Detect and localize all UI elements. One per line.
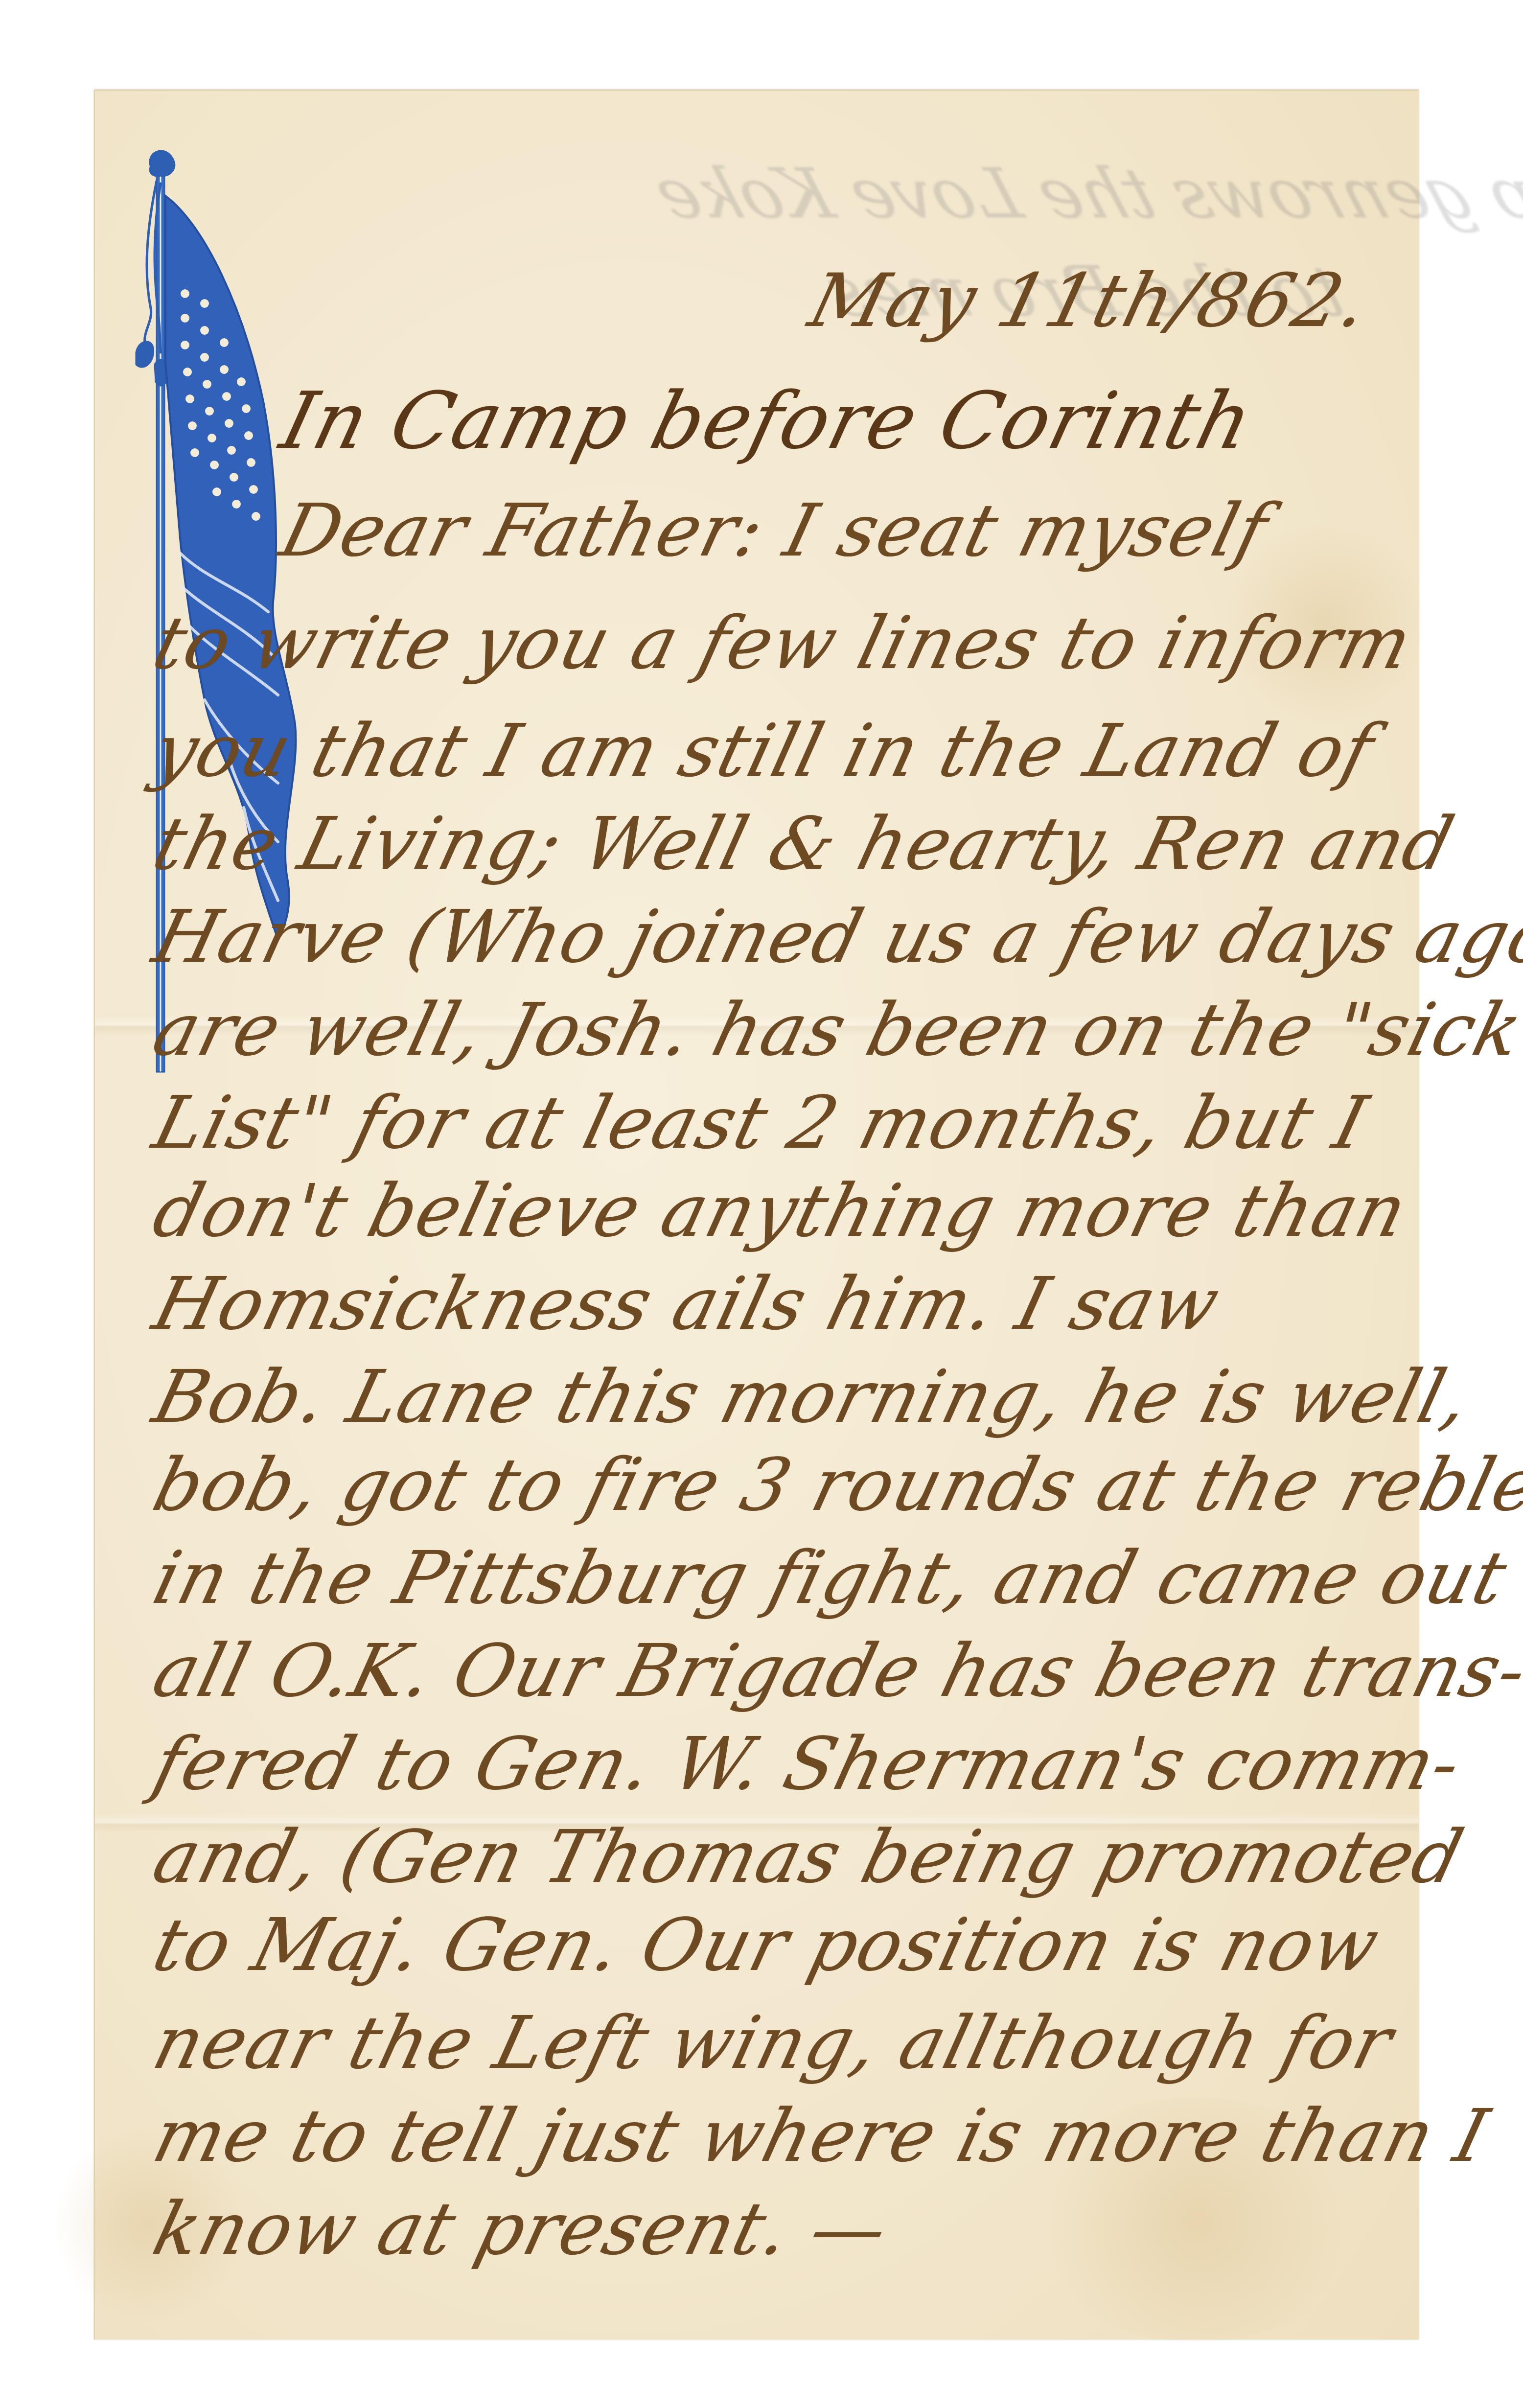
letter-line: Dear Father: I seat myself: [274, 494, 1275, 567]
letter-line: and, (Gen Thomas being promoted: [147, 1821, 1471, 1893]
letter-body: May 11th/862. In Camp before Corinth Dea…: [0, 0, 1523, 2408]
letter-place: In Camp before Corinth: [274, 382, 1260, 460]
letter-date: May 11th/862.: [803, 264, 1376, 338]
letter-line: know at present. —: [147, 2193, 895, 2265]
letter-line: all O.K. Our Brigade has been trans-: [147, 1635, 1523, 1707]
letter-line: in the Pittsburg fight, and came out: [147, 1542, 1514, 1614]
letter-line: Homsickness ails him. I saw: [147, 1268, 1226, 1340]
letter-line: List" for at least 2 months, but I: [147, 1087, 1375, 1159]
letter-line: me to tell just where is more than I: [147, 2100, 1496, 2172]
letter-line: you that I am still in the Land of: [147, 715, 1381, 787]
letter-line: Harve (Who joined us a few days ago): [147, 901, 1523, 973]
letter-line: don't believe anything more than: [147, 1175, 1414, 1247]
letter-line: bob, got to fire 3 rounds at the rebles: [147, 1449, 1523, 1521]
letter-line: to write you a few lines to inform: [147, 607, 1419, 679]
letter-line: near the Left wing, allthough for: [147, 2007, 1400, 2079]
letter-line: the Living; Well & hearty, Ren and: [147, 808, 1461, 880]
letter-line: Bob. Lane this morning, he is well,: [147, 1361, 1477, 1433]
letter-line: fered to Gen. W. Sherman's comm-: [147, 1728, 1468, 1800]
letter-line: are well, Josh. has been on the "sick: [147, 994, 1523, 1066]
letter-line: to Maj. Gen. Our position is now: [147, 1909, 1386, 1981]
